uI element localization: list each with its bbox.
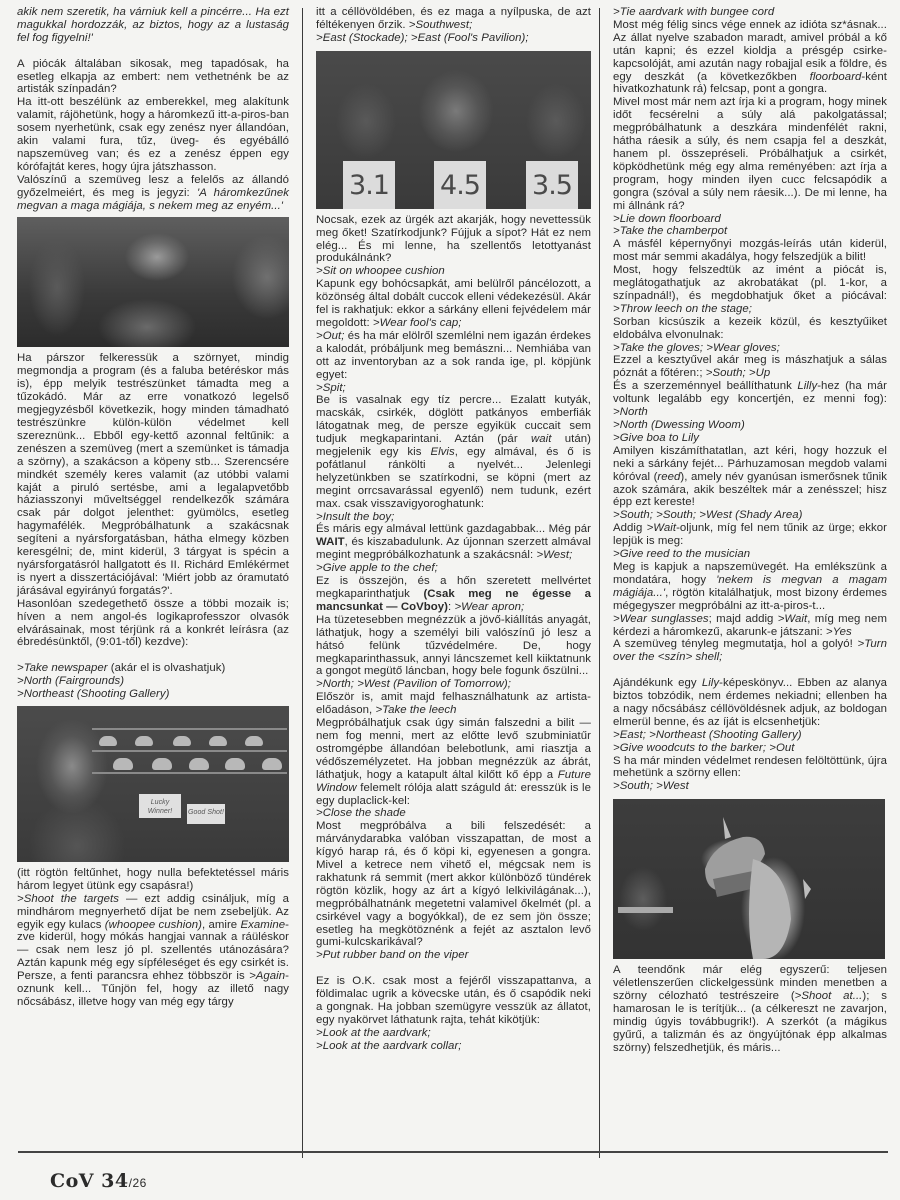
paragraph: És a szerzeménnyel beállíthatunk Lilly-h… <box>613 380 887 419</box>
article-column-1: akik nem szeretik, ha várniuk kell a pin… <box>17 6 289 1009</box>
paragraph: akik nem szeretik, ha várniuk kell a pin… <box>17 6 289 45</box>
paragraph: A másfél képernyőnyi mozgás-leírás után … <box>613 238 887 264</box>
paragraph: Most, hogy felszedtük az imént a piócát … <box>613 264 887 316</box>
paragraph: Először is, amit majd felhasználhatunk a… <box>316 691 591 717</box>
paragraph: Mivel most már nem azt írja ki a program… <box>613 96 887 212</box>
paragraph: Ez is O.K. csak most a fejéről visszapat… <box>316 975 591 1027</box>
duck-target <box>189 758 209 770</box>
gallery-shelf <box>92 728 287 730</box>
paragraph: Kapunk egy bohócsapkát, ami belülről pán… <box>316 278 591 330</box>
game-screenshot-dragon <box>613 799 885 959</box>
command-line: >Take newspaper (akár el is olvashatjuk) <box>17 662 289 675</box>
command-line: >Give boa to Lily <box>613 432 887 445</box>
command-line: >Give woodcuts to the barker; >Out <box>613 742 887 755</box>
command-line: >Take the gloves; >Wear gloves; <box>613 342 887 355</box>
gallery-shelf <box>92 750 287 752</box>
paragraph: (itt rögtön feltűnhet, hogy nulla befekt… <box>17 867 289 893</box>
command-line: >East; >Northeast (Shooting Gallery) <box>613 729 887 742</box>
duck-target <box>113 758 133 770</box>
article-column-2: itt a céllövöldében, és ez maga a nyílpu… <box>316 6 591 1053</box>
paragraph: Hasonlóan szedegethető össze a többi moz… <box>17 598 289 650</box>
paragraph: S ha már minden védelmet rendesen felölt… <box>613 755 887 781</box>
score-card: 3.5 <box>526 161 578 209</box>
paragraph: Ajándékunk egy Lily-képeskönyv... Ebben … <box>613 677 887 729</box>
paragraph: A szemüveg tényleg megmutatja, hol a gol… <box>613 638 887 664</box>
paragraph: Be is vasalnak egy tíz percre... Ezalatt… <box>316 394 591 510</box>
paragraph: Ez is összejön, és a hőn szeretett mellv… <box>316 575 591 614</box>
paragraph: Ha itt-ott beszélünk az emberekkel, meg … <box>17 96 289 173</box>
paragraph: >Out; és ha már elölről szemlélni nem ig… <box>316 330 591 382</box>
command-line: >Give apple to the chef; <box>316 562 591 575</box>
command-line: >South; >South; >West (Shady Area) <box>613 509 887 522</box>
duck-target <box>262 758 282 770</box>
paragraph: Most megpróbálva a bili felszedését: a m… <box>316 820 591 949</box>
prize-sign: Lucky Winner! <box>139 794 181 818</box>
command-line: >Look at the aardvark; <box>316 1027 591 1040</box>
command-line: >Look at the aardvark collar; <box>316 1040 591 1053</box>
command-line: >Lie down floorboard <box>613 213 887 226</box>
command-line: >East (Stockade); >East (Fool's Pavilion… <box>316 32 591 45</box>
magazine-logo: CoV <box>50 1170 94 1192</box>
page-number: /26 <box>129 1176 147 1190</box>
paragraph: Addig >Wait-oljunk, míg fel nem tűnik az… <box>613 522 887 548</box>
paragraph: Ezzel a kesztyűvel akár meg is mászhatju… <box>613 354 887 380</box>
gallery-shelf <box>92 772 287 774</box>
command-line: >Spit; <box>316 382 591 395</box>
duck-target <box>209 736 227 746</box>
command-line: >Insult the boy; <box>316 511 591 524</box>
paragraph: A teendőnk már elég egyszerű: teljesen v… <box>613 964 887 1054</box>
paragraph: Sorban kicsúszik a kezeik közül, és kesz… <box>613 316 887 342</box>
command-line: >North; >West (Pavilion of Tomorrow); <box>316 678 591 691</box>
game-screenshot-card-player <box>17 217 289 347</box>
article-column-3: >Tie aardvark with bungee cord Most még … <box>613 6 887 1055</box>
paragraph: Amilyen kiszámíthatatlan, azt kéri, hogy… <box>613 445 887 510</box>
column-divider <box>599 8 600 1158</box>
paragraph: Nocsak, ezek az ürgék azt akarják, hogy … <box>316 214 591 266</box>
command-line: >South; >West <box>613 780 887 793</box>
command-line: >Northeast (Shooting Gallery) <box>17 688 289 701</box>
duck-target <box>225 758 245 770</box>
paragraph: >Wear sunglasses; majd addig >Wait, míg … <box>613 613 887 639</box>
duck-target <box>173 736 191 746</box>
command-line: >Take the chamberpot <box>613 225 887 238</box>
game-screenshot-shooting-gallery: Lucky Winner! Good Shot! <box>17 706 289 862</box>
paragraph: És máris egy almával lettünk gazdagabbak… <box>316 523 591 562</box>
paragraph: >Shoot the targets — ezt addig csináljuk… <box>17 893 289 1009</box>
duck-target <box>245 736 263 746</box>
command-line: >Sit on whoopee cushion <box>316 265 591 278</box>
game-screenshot-fools-pavilion: 3.1 4.5 3.5 <box>316 51 591 209</box>
score-card: 3.1 <box>343 161 395 209</box>
page-footer: CoV 34/26 <box>50 1170 147 1192</box>
command-line: >Tie aardvark with bungee cord <box>613 6 887 19</box>
duck-target <box>99 736 117 746</box>
duck-target <box>152 758 172 770</box>
paragraph: Ha párszor felkeressük a szörnyet, mindi… <box>17 352 289 597</box>
paragraph: Most még félig sincs vége ennek az idiót… <box>613 19 887 96</box>
paragraph: Valószínű a szemüveg lesz a felelős az á… <box>17 174 289 213</box>
command-line: >North (Fairgrounds) <box>17 675 289 688</box>
command-line: >Give reed to the musician <box>613 548 887 561</box>
prize-sign: Good Shot! <box>187 804 225 824</box>
command-line: >North (Dwessing Woom) <box>613 419 887 432</box>
paragraph: A piócák általában sikosak, meg tapadósa… <box>17 58 289 97</box>
score-card: 4.5 <box>434 161 486 209</box>
paragraph: Megpróbálhatjuk csak úgy simán falszedni… <box>316 717 591 807</box>
command-line: >Close the shade <box>316 807 591 820</box>
footer-divider <box>18 1151 888 1153</box>
duck-target <box>135 736 153 746</box>
paragraph: Ha tüzetesebben megnézzük a jövő-kiállít… <box>316 614 591 679</box>
issue-number: 34 <box>101 1170 128 1192</box>
column-divider <box>302 8 303 1158</box>
dragon-illustration <box>613 799 885 959</box>
command-line: >Put rubber band on the viper <box>316 949 591 962</box>
paragraph: Meg is kapjuk a napszemüvegét. Ha emléks… <box>613 561 887 613</box>
paragraph: itt a céllövöldében, és ez maga a nyílpu… <box>316 6 591 32</box>
